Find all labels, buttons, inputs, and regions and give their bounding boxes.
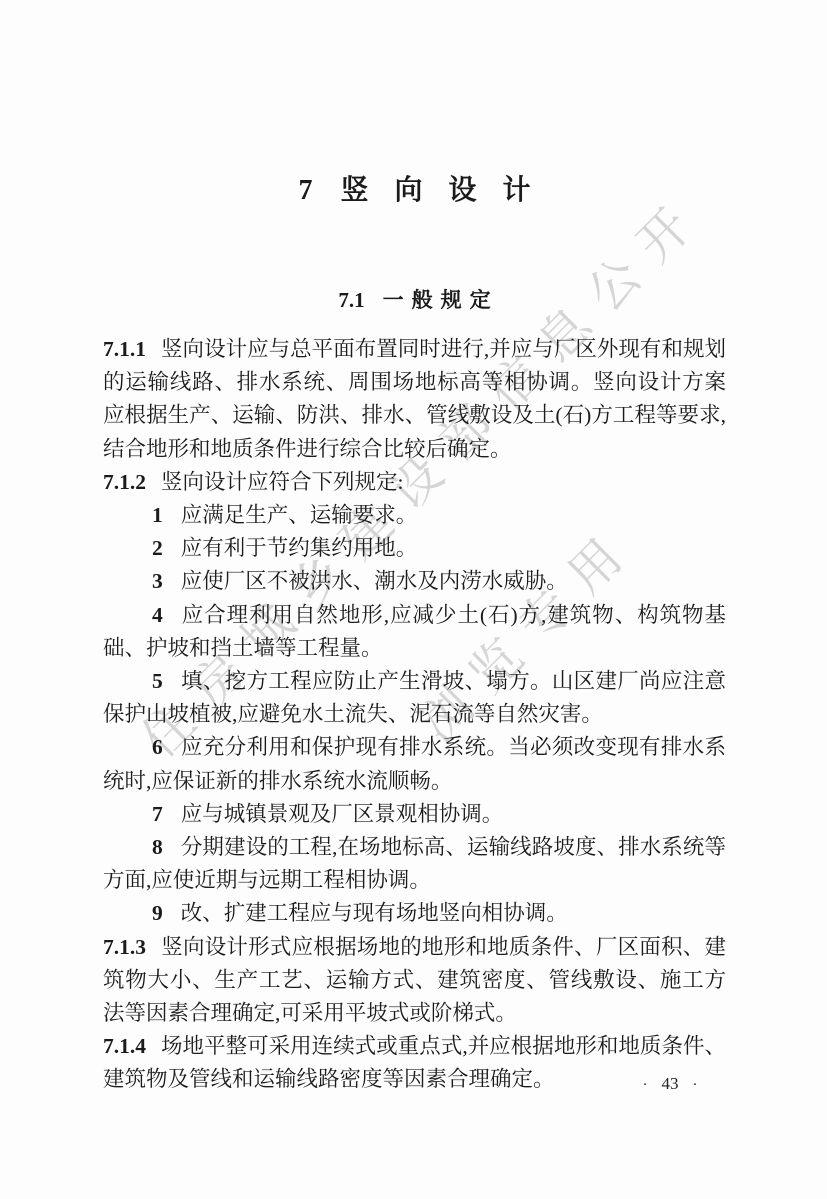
item-number: 6 <box>152 735 163 759</box>
page-number: 43 <box>662 1074 679 1093</box>
section-number: 7.1 <box>338 288 364 313</box>
item-text: 应满足生产、运输要求。 <box>181 503 418 527</box>
clause-number: 7.1.3 <box>103 935 146 959</box>
item-text: 应与城镇景观及厂区景观相协调。 <box>181 802 504 826</box>
list-item-9: 9改、扩建工程应与现有场地竖向相协调。 <box>103 897 726 930</box>
document-page: 住房城乡建设部信息公开 浏览专用 7 竖向设计 7.1 一般规定 7.1.1竖向… <box>0 0 827 1199</box>
clause-text: 竖向设计形式应根据场地的地形和地质条件、厂区面积、建筑物大小、生产工艺、运输方式… <box>103 935 726 1025</box>
item-text: 填、挖方工程应防止产生滑坡、塌方。山区建厂尚应注意保护山坡植被,应避免水土流失、… <box>103 669 726 726</box>
list-item-7: 7应与城镇景观及厂区景观相协调。 <box>103 798 726 831</box>
list-item-4: 4应合理利用自然地形,应减少土(石)方,建筑物、构筑物基础、护坡和挡土墙等工程量… <box>103 599 726 665</box>
clause-number: 7.1.2 <box>103 470 146 494</box>
list-item-1: 1应满足生产、运输要求。 <box>103 499 726 532</box>
section-title: 7.1 一般规定 <box>103 284 726 314</box>
chapter-title-text: 竖向设计 <box>340 168 556 208</box>
list-item-8: 8分期建设的工程,在场地标高、运输线路坡度、排水系统等方面,应使近期与远期工程相… <box>103 831 726 897</box>
chapter-title: 7 竖向设计 <box>103 168 726 208</box>
item-text: 应使厂区不被洪水、潮水及内涝水威胁。 <box>181 569 568 593</box>
clause-number: 7.1.4 <box>103 1034 146 1058</box>
item-number: 8 <box>152 835 163 859</box>
clause-7-1-2: 7.1.2竖向设计应符合下列规定: <box>103 466 726 499</box>
item-text: 改、扩建工程应与现有场地竖向相协调。 <box>181 901 568 925</box>
item-text: 应合理利用自然地形,应减少土(石)方,建筑物、构筑物基础、护坡和挡土墙等工程量。 <box>103 603 726 660</box>
clause-7-1-1: 7.1.1竖向设计应与总平面布置同时进行,并应与厂区外现有和规划的运输线路、排水… <box>103 333 726 466</box>
item-number: 7 <box>152 802 163 826</box>
folio-dot-left: · <box>643 1077 648 1093</box>
chapter-number: 7 <box>298 175 312 207</box>
list-item-3: 3应使厂区不被洪水、潮水及内涝水威胁。 <box>103 565 726 598</box>
item-text: 应有利于节约集约用地。 <box>181 536 418 560</box>
clause-text: 竖向设计应符合下列规定: <box>161 470 403 494</box>
item-text: 分期建设的工程,在场地标高、运输线路坡度、排水系统等方面,应使近期与远期工程相协… <box>103 835 726 892</box>
list-item-5: 5填、挖方工程应防止产生滑坡、塌方。山区建厂尚应注意保护山坡植被,应避免水土流失… <box>103 665 726 731</box>
item-number: 3 <box>152 569 163 593</box>
folio-dot-right: · <box>693 1077 698 1093</box>
item-number: 2 <box>152 536 163 560</box>
page-footer: ·43· <box>610 1074 730 1094</box>
item-number: 9 <box>152 901 163 925</box>
section-title-text: 一般规定 <box>383 284 499 314</box>
item-number: 1 <box>152 503 163 527</box>
clause-text: 竖向设计应与总平面布置同时进行,并应与厂区外现有和规划的运输线路、排水系统、周围… <box>103 337 726 461</box>
clause-number: 7.1.1 <box>103 337 146 361</box>
item-number: 5 <box>152 669 163 693</box>
list-item-6: 6应充分利用和保护现有排水系统。当必须改变现有排水系统时,应保证新的排水系统水流… <box>103 731 726 797</box>
clause-7-1-3: 7.1.3竖向设计形式应根据场地的地形和地质条件、厂区面积、建筑物大小、生产工艺… <box>103 931 726 1031</box>
item-number: 4 <box>152 603 163 627</box>
body-text: 7.1.1竖向设计应与总平面布置同时进行,并应与厂区外现有和规划的运输线路、排水… <box>103 333 726 1097</box>
list-item-2: 2应有利于节约集约用地。 <box>103 532 726 565</box>
item-text: 应充分利用和保护现有排水系统。当必须改变现有排水系统时,应保证新的排水系统水流顺… <box>103 735 726 792</box>
page-content: 7 竖向设计 7.1 一般规定 7.1.1竖向设计应与总平面布置同时进行,并应与… <box>103 0 726 1097</box>
